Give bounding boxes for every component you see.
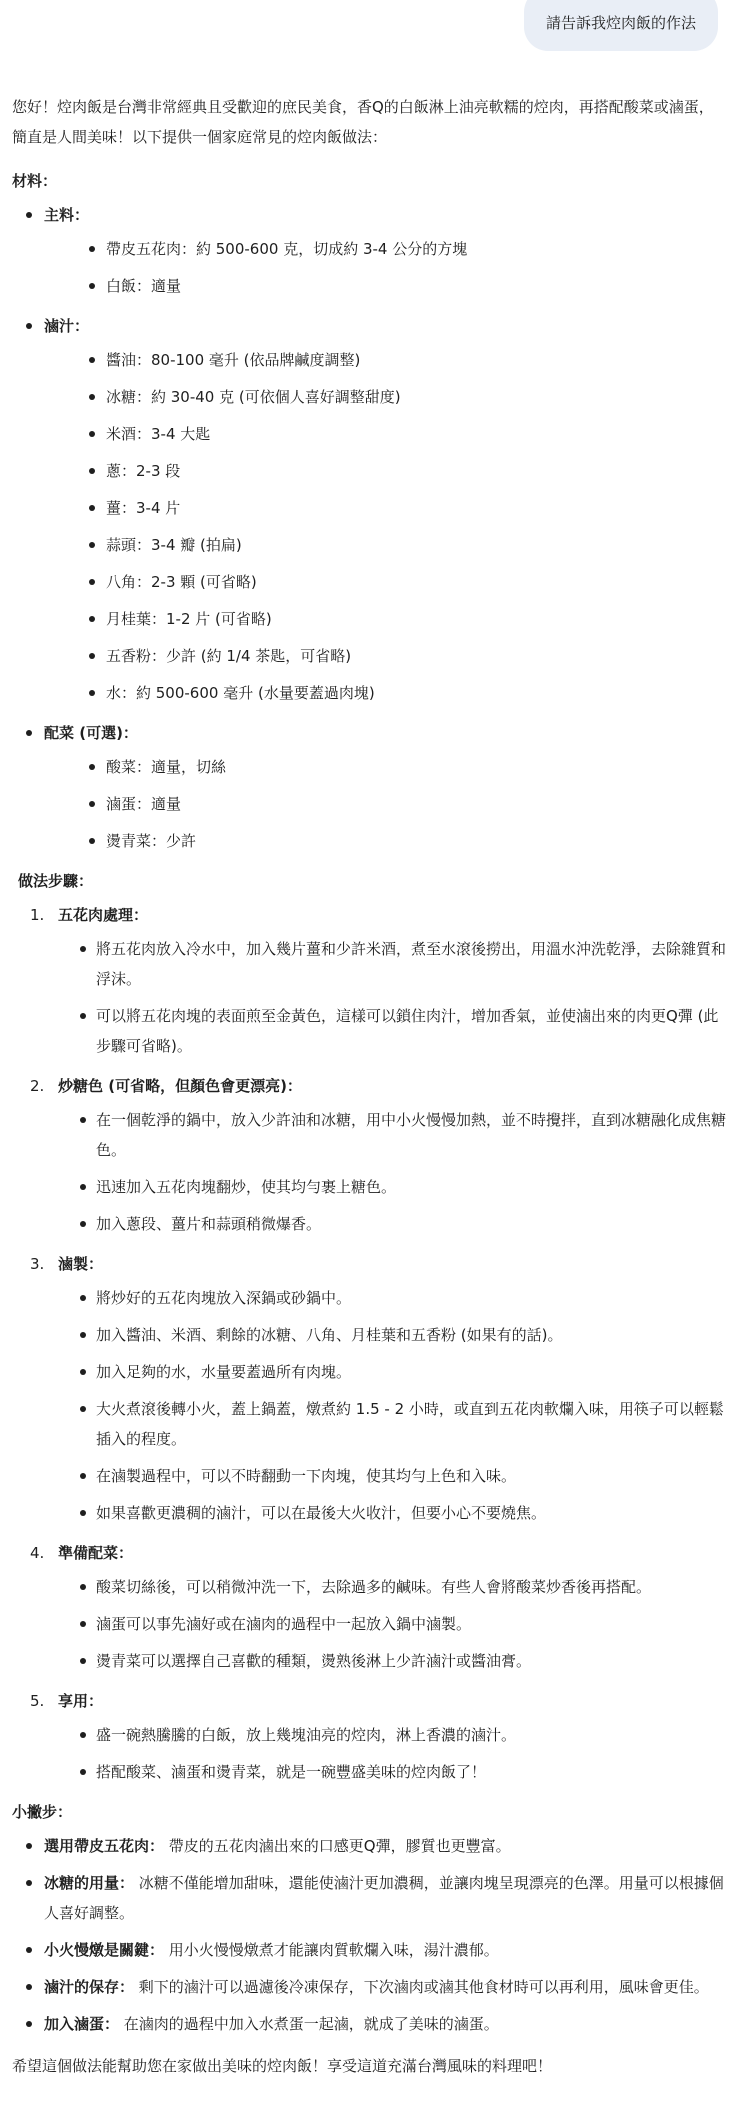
list-item: 酸菜：適量，切絲 — [44, 752, 726, 782]
step-text: 盛一碗熱騰騰的白飯，放上幾塊油亮的焢肉，淋上香濃的滷汁。 — [96, 1726, 516, 1744]
step-label: 炒糖色 (可省略，但顏色會更漂亮)： — [58, 1077, 302, 1095]
bullet-icon — [80, 1584, 86, 1590]
bullet-icon — [89, 246, 95, 252]
list-item: 蒜頭：3-4 瓣 (拍扁) — [44, 530, 726, 560]
step-text: 在滷製過程中，可以不時翻動一下肉塊，使其均勻上色和入味。 — [96, 1467, 516, 1485]
bullet-icon — [80, 1769, 86, 1775]
step-label: 滷製： — [58, 1255, 103, 1273]
tip-text: 剩下的滷汁可以過濾後冷凍保存，下次滷肉或滷其他食材時可以再利用，風味會更佳。 — [134, 1978, 709, 1996]
step-text: 滷蛋可以事先滷好或在滷肉的過程中一起放入鍋中滷製。 — [96, 1615, 471, 1633]
response-intro: 您好！焢肉飯是台灣非常經典且受歡迎的庶民美食，香Q的白飯淋上油亮軟糯的焢肉，再搭… — [12, 92, 726, 152]
tip-text: 用小火慢慢燉煮才能讓肉質軟爛入味，湯汁濃郁。 — [164, 1941, 499, 1959]
ingredient-group-sauce: 滷汁： 醬油：80-100 毫升 (依品牌鹹度調整) 冰糖：約 30-40 克 … — [12, 311, 726, 708]
list-item: 醬油：80-100 毫升 (依品牌鹹度調整) — [44, 345, 726, 375]
tip-item: 選用帶皮五花肉： 帶皮的五花肉滷出來的口感更Q彈，膠質也更豐富。 — [12, 1831, 726, 1861]
list-item: 燙青菜可以選擇自己喜歡的種類，燙熟後淋上少許滷汁或醬油膏。 — [58, 1646, 726, 1676]
step-text: 加入醬油、米酒、剩餘的冰糖、八角、月桂葉和五香粉 (如果有的話)。 — [96, 1326, 562, 1344]
bullet-icon — [89, 468, 95, 474]
list-item: 月桂葉：1-2 片 (可省略) — [44, 604, 726, 634]
step-text: 酸菜切絲後，可以稍微沖洗一下，去除過多的鹹味。有些人會將酸菜炒香後再搭配。 — [96, 1578, 651, 1596]
tip-text: 帶皮的五花肉滷出來的口感更Q彈，膠質也更豐富。 — [164, 1837, 511, 1855]
step-text: 如果喜歡更濃稠的滷汁，可以在最後大火收汁，但要小心不要燒焦。 — [96, 1504, 546, 1522]
tip-head: 選用帶皮五花肉： — [44, 1837, 164, 1855]
bullet-icon — [89, 505, 95, 511]
bullet-icon — [80, 1369, 86, 1375]
step-3: 3. 滷製： 將炒好的五花肉塊放入深鍋或砂鍋中。 加入醬油、米酒、剩餘的冰糖、八… — [18, 1249, 726, 1528]
step-5: 5. 享用： 盛一碗熱騰騰的白飯，放上幾塊油亮的焢肉，淋上香濃的滷汁。 搭配酸菜… — [18, 1686, 726, 1787]
step-number: 3. — [30, 1249, 44, 1279]
step-label: 享用： — [58, 1692, 103, 1710]
bullet-icon — [89, 690, 95, 696]
ingredient-text: 月桂葉：1-2 片 (可省略) — [106, 610, 272, 628]
tip-item: 冰糖的用量： 冰糖不僅能增加甜味，還能使滷汁更加濃稠，並讓肉塊呈現漂亮的色澤。用… — [12, 1868, 726, 1928]
ingredient-group-sides: 配菜 (可選)： 酸菜：適量，切絲 滷蛋：適量 燙青菜：少許 — [12, 718, 726, 856]
bullet-icon — [80, 1117, 86, 1123]
list-item: 在一個乾淨的鍋中，放入少許油和冰糖，用中小火慢慢加熱，並不時攪拌，直到冰糖融化成… — [58, 1105, 726, 1165]
bullet-icon — [26, 1843, 32, 1849]
step-number: 1. — [30, 900, 44, 930]
ingredient-text: 酸菜：適量，切絲 — [106, 758, 226, 776]
list-item: 米酒：3-4 大匙 — [44, 419, 726, 449]
user-message-bubble: 請告訴我焢肉飯的作法 — [524, 0, 718, 51]
list-item: 迅速加入五花肉塊翻炒，使其均勻裹上糖色。 — [58, 1172, 726, 1202]
list-item: 在滷製過程中，可以不時翻動一下肉塊，使其均勻上色和入味。 — [58, 1461, 726, 1491]
list-item: 搭配酸菜、滷蛋和燙青菜，就是一碗豐盛美味的焢肉飯了！ — [58, 1757, 726, 1787]
step-label: 準備配菜： — [58, 1544, 133, 1562]
bullet-icon — [80, 1621, 86, 1627]
ingredient-text: 八角：2-3 顆 (可省略) — [106, 573, 257, 591]
step-text: 燙青菜可以選擇自己喜歡的種類，燙熟後淋上少許滷汁或醬油膏。 — [96, 1652, 531, 1670]
ingredient-text: 薑：3-4 片 — [106, 499, 180, 517]
bullet-icon — [89, 764, 95, 770]
bullet-icon — [89, 801, 95, 807]
bullet-icon — [80, 1184, 86, 1190]
bullet-icon — [80, 1510, 86, 1516]
list-item: 滷蛋：適量 — [44, 789, 726, 819]
group-label: 滷汁： — [44, 317, 89, 335]
tip-item: 滷汁的保存： 剩下的滷汁可以過濾後冷凍保存，下次滷肉或滷其他食材時可以再利用，風… — [12, 1972, 726, 2002]
list-item: 八角：2-3 顆 (可省略) — [44, 567, 726, 597]
ingredients-title: 材料： — [12, 166, 726, 196]
bullet-icon — [80, 1732, 86, 1738]
list-item: 將五花肉放入冷水中，加入幾片薑和少許米酒，煮至水滾後撈出，用溫水沖洗乾淨，去除雜… — [58, 934, 726, 994]
bullet-icon — [89, 616, 95, 622]
list-item: 冰糖：約 30-40 克 (可依個人喜好調整甜度) — [44, 382, 726, 412]
list-item: 加入醬油、米酒、剩餘的冰糖、八角、月桂葉和五香粉 (如果有的話)。 — [58, 1320, 726, 1350]
list-item: 白飯：適量 — [44, 271, 726, 301]
tips-list: 選用帶皮五花肉： 帶皮的五花肉滷出來的口感更Q彈，膠質也更豐富。 冰糖的用量： … — [12, 1831, 726, 2039]
list-item: 盛一碗熱騰騰的白飯，放上幾塊油亮的焢肉，淋上香濃的滷汁。 — [58, 1720, 726, 1750]
step-4: 4. 準備配菜： 酸菜切絲後，可以稍微沖洗一下，去除過多的鹹味。有些人會將酸菜炒… — [18, 1538, 726, 1676]
step-1: 1. 五花肉處理： 將五花肉放入冷水中，加入幾片薑和少許米酒，煮至水滾後撈出，用… — [18, 900, 726, 1061]
tip-head: 滷汁的保存： — [44, 1978, 134, 1996]
bullet-icon — [80, 1406, 86, 1412]
ingredient-text: 帶皮五花肉：約 500-600 克，切成約 3-4 公分的方塊 — [106, 240, 467, 258]
bullet-icon — [89, 542, 95, 548]
list-item: 水：約 500-600 毫升 (水量要蓋過肉塊) — [44, 678, 726, 708]
step-text: 加入蔥段、薑片和蒜頭稍微爆香。 — [96, 1215, 321, 1233]
steps-list: 1. 五花肉處理： 將五花肉放入冷水中，加入幾片薑和少許米酒，煮至水滾後撈出，用… — [18, 900, 726, 1787]
bullet-icon — [26, 1984, 32, 1990]
bullet-icon — [80, 1013, 86, 1019]
step-number: 5. — [30, 1686, 44, 1716]
step-text: 將炒好的五花肉塊放入深鍋或砂鍋中。 — [96, 1289, 351, 1307]
ingredient-text: 白飯：適量 — [106, 277, 181, 295]
bullet-icon — [89, 394, 95, 400]
bullet-icon — [26, 2021, 32, 2027]
steps-title: 做法步驟： — [18, 866, 726, 896]
ingredient-text: 醬油：80-100 毫升 (依品牌鹹度調整) — [106, 351, 360, 369]
step-number: 2. — [30, 1071, 44, 1101]
ingredient-group-main: 主料： 帶皮五花肉：約 500-600 克，切成約 3-4 公分的方塊 白飯：適… — [12, 200, 726, 301]
step-text: 將五花肉放入冷水中，加入幾片薑和少許米酒，煮至水滾後撈出，用溫水沖洗乾淨，去除雜… — [96, 940, 726, 988]
step-text: 加入足夠的水，水量要蓋過所有肉塊。 — [96, 1363, 351, 1381]
list-item: 滷蛋可以事先滷好或在滷肉的過程中一起放入鍋中滷製。 — [58, 1609, 726, 1639]
tip-head: 加入滷蛋： — [44, 2015, 119, 2033]
step-text: 可以將五花肉塊的表面煎至金黃色，這樣可以鎖住肉汁，增加香氣，並使滷出來的肉更Q彈… — [96, 1007, 718, 1055]
bullet-icon — [89, 653, 95, 659]
list-item: 可以將五花肉塊的表面煎至金黃色，這樣可以鎖住肉汁，增加香氣，並使滷出來的肉更Q彈… — [58, 1001, 726, 1061]
ingredient-text: 水：約 500-600 毫升 (水量要蓋過肉塊) — [106, 684, 375, 702]
tip-head: 小火慢燉是關鍵： — [44, 1941, 164, 1959]
tip-text: 在滷肉的過程中加入水煮蛋一起滷，就成了美味的滷蛋。 — [119, 2015, 499, 2033]
bullet-icon — [89, 431, 95, 437]
bullet-icon — [26, 1947, 32, 1953]
bullet-icon — [80, 1221, 86, 1227]
step-number: 4. — [30, 1538, 44, 1568]
bullet-icon — [80, 946, 86, 952]
step-text: 大火煮滾後轉小火，蓋上鍋蓋，燉煮約 1.5 - 2 小時，或直到五花肉軟爛入味，… — [96, 1400, 724, 1448]
list-item: 大火煮滾後轉小火，蓋上鍋蓋，燉煮約 1.5 - 2 小時，或直到五花肉軟爛入味，… — [58, 1394, 726, 1454]
list-item: 五香粉：少許 (約 1/4 茶匙，可省略) — [44, 641, 726, 671]
group-label: 主料： — [44, 206, 89, 224]
list-item: 燙青菜：少許 — [44, 826, 726, 856]
tip-item: 加入滷蛋： 在滷肉的過程中加入水煮蛋一起滷，就成了美味的滷蛋。 — [12, 2009, 726, 2039]
ingredient-text: 冰糖：約 30-40 克 (可依個人喜好調整甜度) — [106, 388, 401, 406]
bullet-icon — [80, 1332, 86, 1338]
bullet-icon — [26, 212, 32, 218]
list-item: 酸菜切絲後，可以稍微沖洗一下，去除過多的鹹味。有些人會將酸菜炒香後再搭配。 — [58, 1572, 726, 1602]
ingredient-text: 滷蛋：適量 — [106, 795, 181, 813]
list-item: 薑：3-4 片 — [44, 493, 726, 523]
bullet-icon — [80, 1295, 86, 1301]
bullet-icon — [89, 357, 95, 363]
bullet-icon — [26, 323, 32, 329]
step-text: 迅速加入五花肉塊翻炒，使其均勻裹上糖色。 — [96, 1178, 396, 1196]
step-2: 2. 炒糖色 (可省略，但顏色會更漂亮)： 在一個乾淨的鍋中，放入少許油和冰糖，… — [18, 1071, 726, 1239]
tip-head: 冰糖的用量： — [44, 1874, 134, 1892]
tip-item: 小火慢燉是關鍵： 用小火慢慢燉煮才能讓肉質軟爛入味，湯汁濃郁。 — [12, 1935, 726, 1965]
list-item: 加入足夠的水，水量要蓋過所有肉塊。 — [58, 1357, 726, 1387]
bullet-icon — [89, 838, 95, 844]
step-text: 在一個乾淨的鍋中，放入少許油和冰糖，用中小火慢慢加熱，並不時攪拌，直到冰糖融化成… — [96, 1111, 726, 1159]
group-label: 配菜 (可選)： — [44, 724, 138, 742]
assistant-response: 您好！焢肉飯是台灣非常經典且受歡迎的庶民美食，香Q的白飯淋上油亮軟糯的焢肉，再搭… — [12, 92, 726, 2096]
bullet-icon — [26, 730, 32, 736]
ingredient-text: 燙青菜：少許 — [106, 832, 196, 850]
bullet-icon — [80, 1658, 86, 1664]
ingredient-text: 蒜頭：3-4 瓣 (拍扁) — [106, 536, 242, 554]
list-item: 蔥：2-3 段 — [44, 456, 726, 486]
list-item: 帶皮五花肉：約 500-600 克，切成約 3-4 公分的方塊 — [44, 234, 726, 264]
bullet-icon — [89, 579, 95, 585]
tips-title: 小撇步： — [12, 1797, 726, 1827]
ingredient-text: 五香粉：少許 (約 1/4 茶匙，可省略) — [106, 647, 351, 665]
ingredient-groups: 主料： 帶皮五花肉：約 500-600 克，切成約 3-4 公分的方塊 白飯：適… — [12, 200, 726, 856]
response-closing: 希望這個做法能幫助您在家做出美味的焢肉飯！享受這道充滿台灣風味的料理吧！ — [12, 2051, 726, 2081]
ingredient-text: 蔥：2-3 段 — [106, 462, 180, 480]
bullet-icon — [89, 283, 95, 289]
list-item: 加入蔥段、薑片和蒜頭稍微爆香。 — [58, 1209, 726, 1239]
list-item: 將炒好的五花肉塊放入深鍋或砂鍋中。 — [58, 1283, 726, 1313]
user-message-row: 請告訴我焢肉飯的作法 — [524, 0, 718, 51]
list-item: 如果喜歡更濃稠的滷汁，可以在最後大火收汁，但要小心不要燒焦。 — [58, 1498, 726, 1528]
step-text: 搭配酸菜、滷蛋和燙青菜，就是一碗豐盛美味的焢肉飯了！ — [96, 1763, 486, 1781]
ingredient-text: 米酒：3-4 大匙 — [106, 425, 210, 443]
tip-text: 冰糖不僅能增加甜味，還能使滷汁更加濃稠，並讓肉塊呈現漂亮的色澤。用量可以根據個人… — [44, 1874, 724, 1922]
bullet-icon — [80, 1473, 86, 1479]
step-label: 五花肉處理： — [58, 906, 148, 924]
bullet-icon — [26, 1880, 32, 1886]
